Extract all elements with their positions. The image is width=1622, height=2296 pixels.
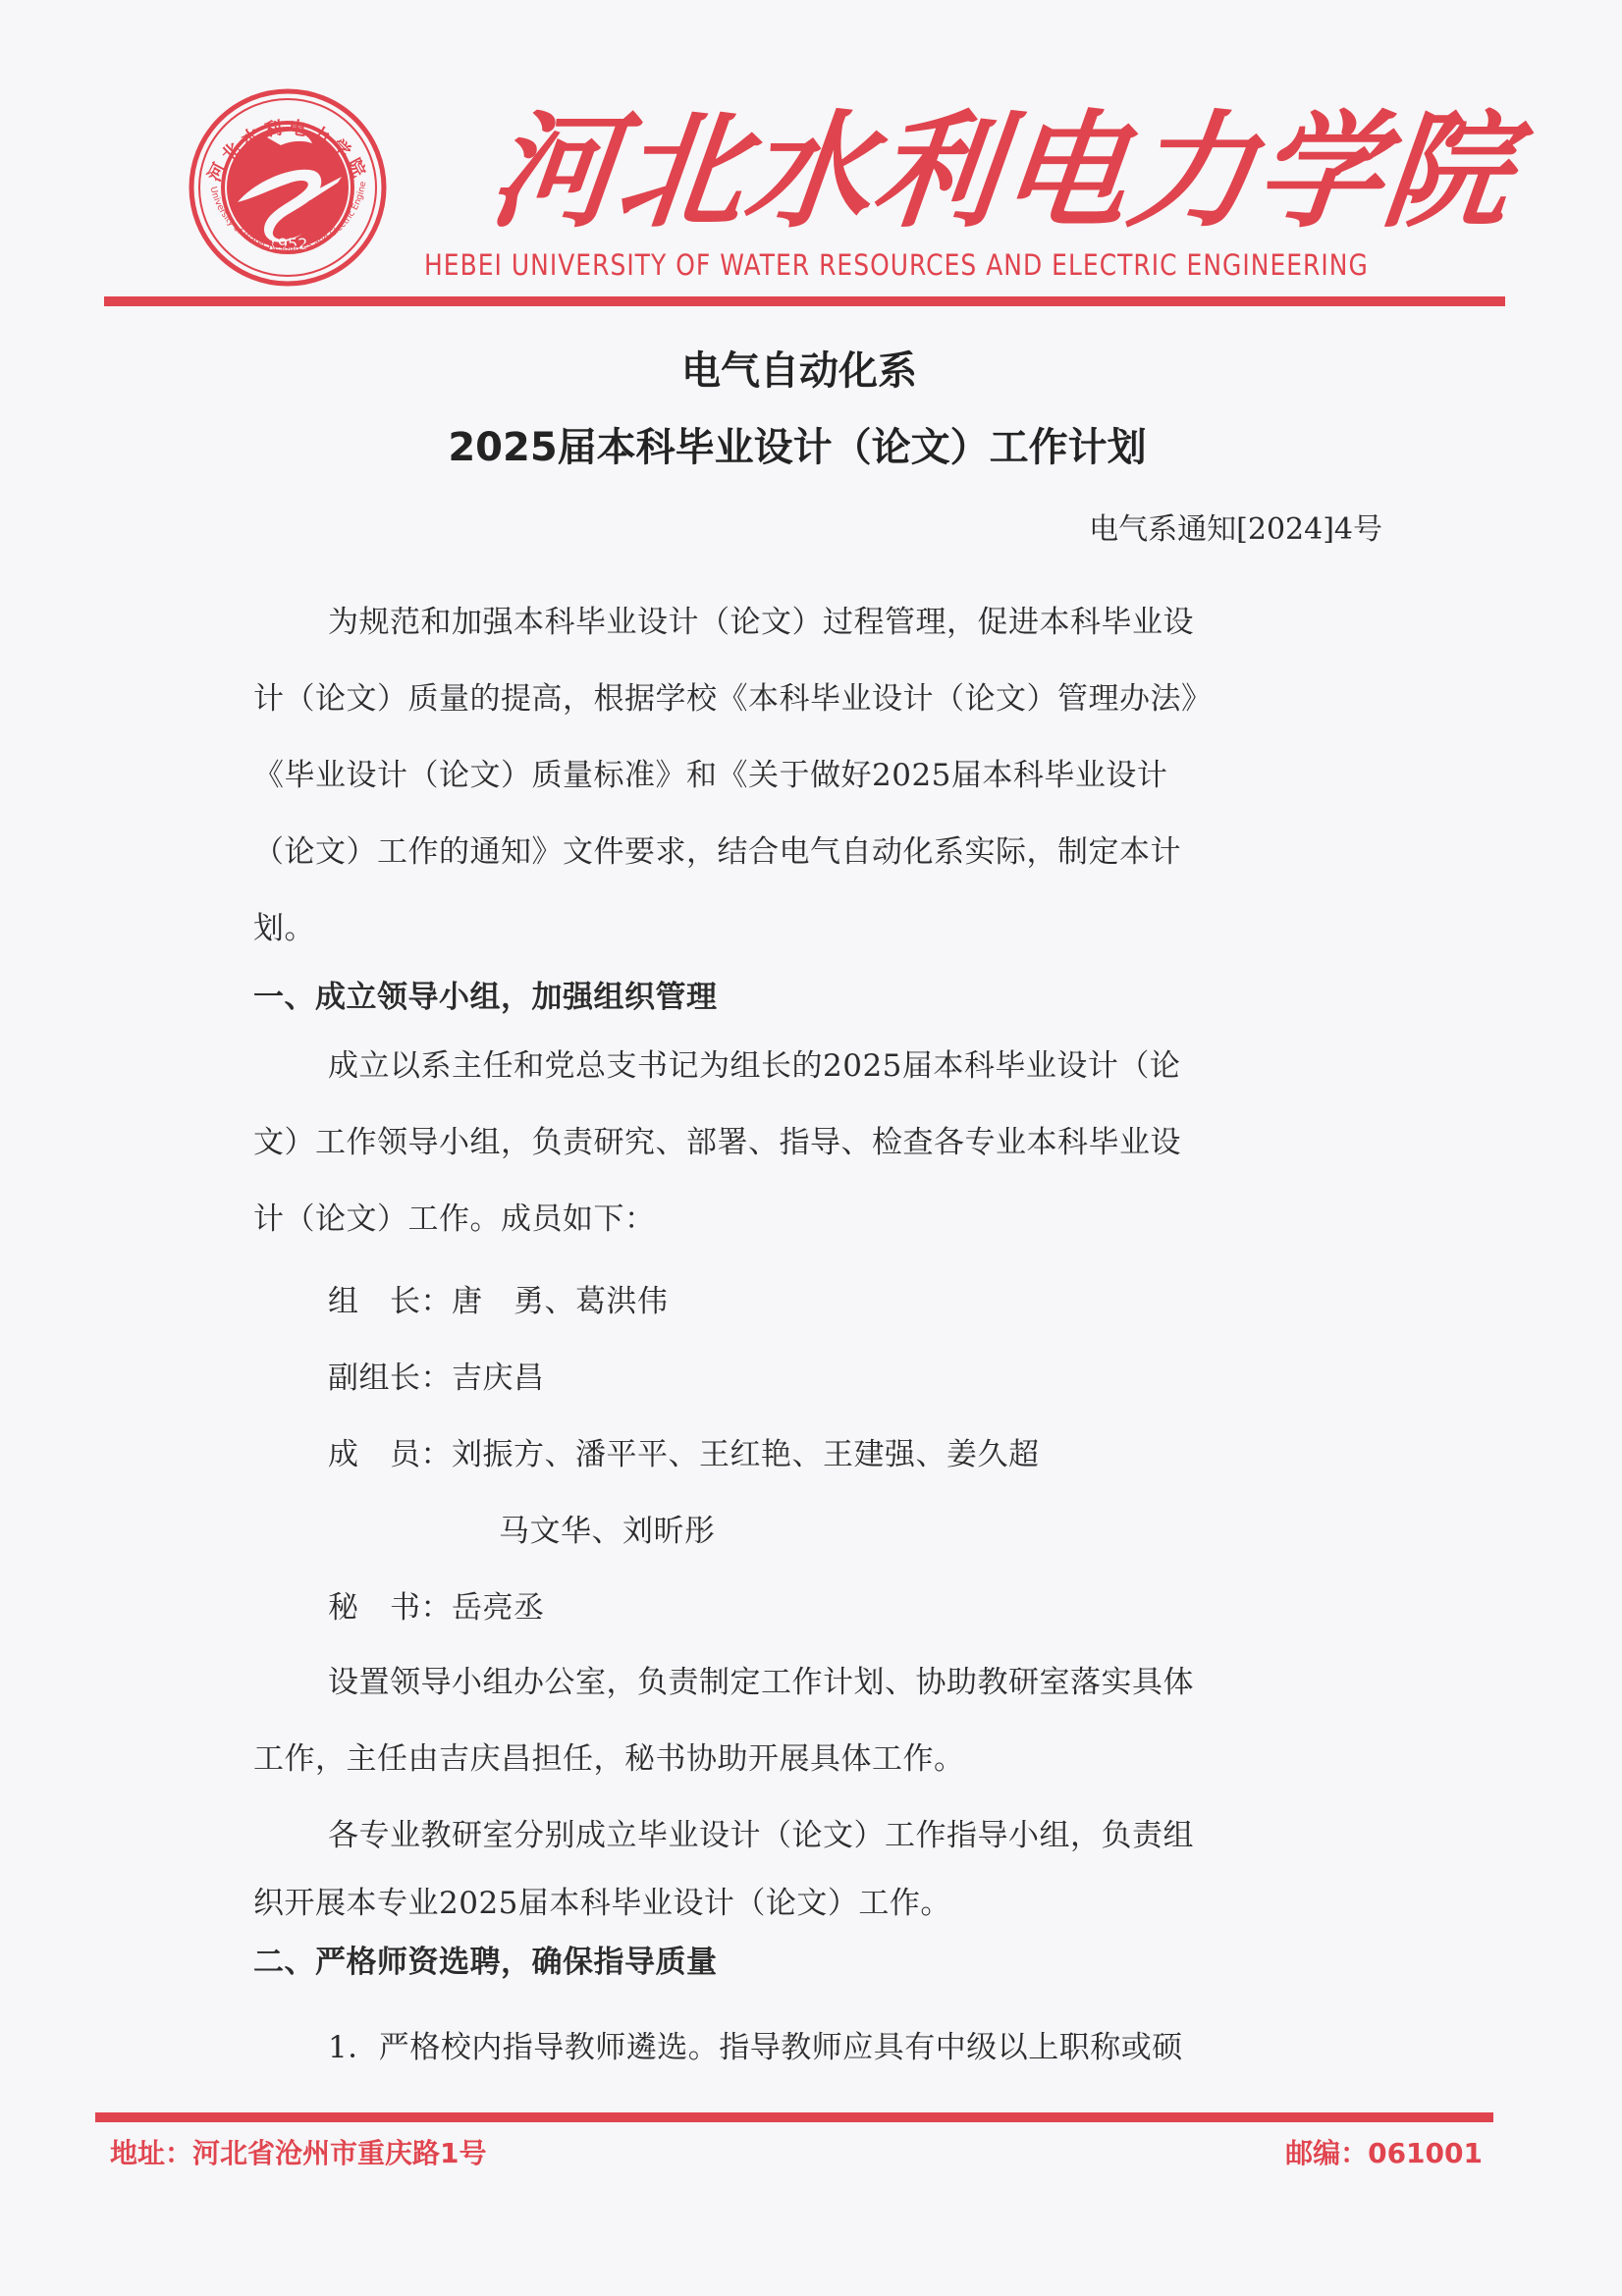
member-label: 秘 书： [328,1590,452,1626]
text-line: 各专业教研室分别成立毕业设计（论文）工作指导小组，负责组 [253,1797,1382,1874]
footer-postcode: 邮编：061001 [1285,2132,1483,2175]
document-body: 为规范和加强本科毕业设计（论文）过程管理，促进本科毕业设 计（论文）质量的提高，… [253,584,1382,2086]
member-row-deputy: 副组长：吉庆昌 [253,1340,1382,1416]
member-value: 唐 勇、葛洪伟 [452,1284,669,1319]
university-seal-icon: 1952 河北水利电力学院 Hebei University of Water … [187,86,389,289]
text-line: 织开展本专业2025届本科毕业设计（论文）工作。 [253,1874,1382,1933]
member-value: 刘振方、潘平平、王红艳、王建强、姜久超 [452,1437,1040,1472]
dept-paragraph: 各专业教研室分别成立毕业设计（论文）工作指导小组，负责组 织开展本专业2025届… [253,1797,1382,1933]
text-line: 计（论文）质量的提高，根据学校《本科毕业设计（论文）管理办法》 [253,661,1382,737]
member-row-members-cont: 马文华、刘昕彤 [253,1493,1382,1570]
department-title: 电气自动化系 [0,344,1610,399]
header-divider [104,296,1505,306]
text-line: 计（论文）工作。成员如下： [253,1181,1382,1257]
text-line: 《毕业设计（论文）质量标准》和《关于做好2025届本科毕业设计 [253,737,1382,814]
text-line: 设置领导小组办公室，负责制定工作计划、协助教研室落实具体 [253,1644,1382,1721]
member-row-leader: 组 长：唐 勇、葛洪伟 [253,1263,1382,1340]
document-title: 2025届本科毕业设计（论文）工作计划 [0,420,1608,475]
member-label: 成 员： [328,1437,452,1472]
member-label: 组 长： [328,1284,452,1319]
section1-paragraph: 成立以系主任和党总支书记为组长的2025届本科毕业设计（论 文）工作领导小组，负… [253,1028,1382,1257]
text-line: 为规范和加强本科毕业设计（论文）过程管理，促进本科毕业设 [253,584,1382,661]
text-line: 成立以系主任和党总支书记为组长的2025届本科毕业设计（论 [253,1028,1382,1104]
office-paragraph: 设置领导小组办公室，负责制定工作计划、协助教研室落实具体 工作，主任由吉庆昌担任… [253,1644,1382,1797]
text-line: （论文）工作的通知》文件要求，结合电气自动化系实际，制定本计 [253,814,1382,890]
section-heading-2: 二、严格师资选聘，确保指导质量 [253,1933,1382,2009]
footer-divider [95,2112,1493,2122]
university-name-cn: 河北水利电力学院 [483,98,1402,245]
university-name-en: HEBEI UNIVERSITY OF WATER RESOURCES AND … [424,245,1277,285]
section2-item-1: 1．严格校内指导教师遴选。指导教师应具有中级以上职称或硕 [253,2009,1382,2086]
intro-paragraph: 为规范和加强本科毕业设计（论文）过程管理，促进本科毕业设 计（论文）质量的提高，… [253,584,1382,967]
members-list: 组 长：唐 勇、葛洪伟 副组长：吉庆昌 成 员：刘振方、潘平平、王红艳、王建强、… [253,1263,1382,1646]
text-line: 工作，主任由吉庆昌担任，秘书协助开展具体工作。 [253,1721,1382,1797]
text-line: 文）工作领导小组，负责研究、部署、指导、检查各专业本科毕业设 [253,1104,1382,1181]
text-line: 划。 [253,890,1382,967]
notice-number: 电气系通知[2024]4号 [1089,506,1382,555]
member-label: 副组长： [328,1361,452,1396]
member-row-secretary: 秘 书：岳亮丞 [253,1570,1382,1646]
footer-address: 地址：河北省沧州市重庆路1号 [110,2132,486,2175]
section-heading-1: 一、成立领导小组，加强组织管理 [253,967,1382,1028]
member-value: 吉庆昌 [452,1361,545,1396]
member-value: 岳亮丞 [452,1590,545,1626]
member-row-members: 成 员：刘振方、潘平平、王红艳、王建强、姜久超 [253,1416,1382,1493]
